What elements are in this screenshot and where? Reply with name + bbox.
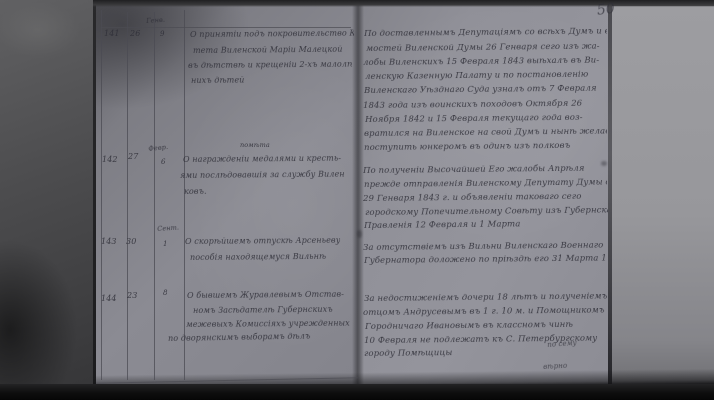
photo-backdrop xyxy=(0,0,95,400)
resolution-line: городу Помѣщицы xyxy=(364,348,453,359)
archival-ledger-photo: 141 26 Генв. 9 О принятіи подъ покровите… xyxy=(0,0,714,400)
table-column-line xyxy=(154,12,155,380)
entry-resolved-month: Сент. xyxy=(157,223,179,233)
entry-line: въ дѣтствѣ и крещеніи 2-хъ малолѣт- xyxy=(188,60,352,70)
entry-line: О принятіи подъ покровительство Коми- xyxy=(190,29,354,39)
ink-smudge xyxy=(601,161,607,166)
folded-page-edge xyxy=(612,6,714,386)
entry-line: нихъ дѣтей xyxy=(191,76,244,85)
top-shadow xyxy=(93,0,714,7)
entry-line: номъ Засѣдателѣ Губернскихъ xyxy=(193,305,333,315)
resolution-line: Правленія 12 Февраля и 1 Марта xyxy=(364,219,520,231)
entry-number: 142 xyxy=(102,155,118,164)
entry-line: О награжденіи медалями и кресть- xyxy=(183,154,341,164)
entry-line: пособія находящемуся Вильнѣ xyxy=(190,252,326,262)
entry-line: ями послѣдовавшія за службу Вилен- xyxy=(180,170,344,180)
bottom-shadow xyxy=(0,384,714,400)
table-header-line xyxy=(101,27,351,28)
entry-line: межевыхъ Комиссіяхъ учрежденныхъ xyxy=(186,319,350,329)
entry-received-day: 27 xyxy=(128,152,138,161)
page-number: 50 xyxy=(596,1,616,19)
entry-line: тета Виленской Маріи Малецкой xyxy=(193,45,343,55)
entry-received-day: 26 xyxy=(130,29,140,38)
entry-resolved-day: 8 xyxy=(163,289,168,297)
entry-number: 141 xyxy=(104,29,120,38)
entry-received-day: 23 xyxy=(127,291,137,300)
page-fold-crease xyxy=(608,0,612,386)
entry-number: 143 xyxy=(101,237,117,246)
left-page-edge xyxy=(93,0,96,388)
entry-resolved-day: 1 xyxy=(163,240,168,248)
entry-received-day: 30 xyxy=(126,237,136,246)
entry-resolved-month: Генв. xyxy=(146,16,165,25)
entry-line: ковъ. xyxy=(184,187,207,196)
table-column-line xyxy=(101,10,102,380)
entry-resolved-day: 6 xyxy=(161,158,166,166)
margin-note: вѣрно xyxy=(543,362,567,371)
entry-line: О скорѣйшемъ отпускѣ Арсеньеву xyxy=(185,236,341,246)
entry-resolved-day: 9 xyxy=(160,30,165,38)
entry-annotation: помѣта xyxy=(240,141,270,149)
table-column-line xyxy=(127,12,128,380)
ink-smudge xyxy=(357,230,362,238)
entry-line: О бывшемъ Журавлевымъ Отстав- xyxy=(187,290,344,300)
entry-number: 144 xyxy=(101,294,117,303)
